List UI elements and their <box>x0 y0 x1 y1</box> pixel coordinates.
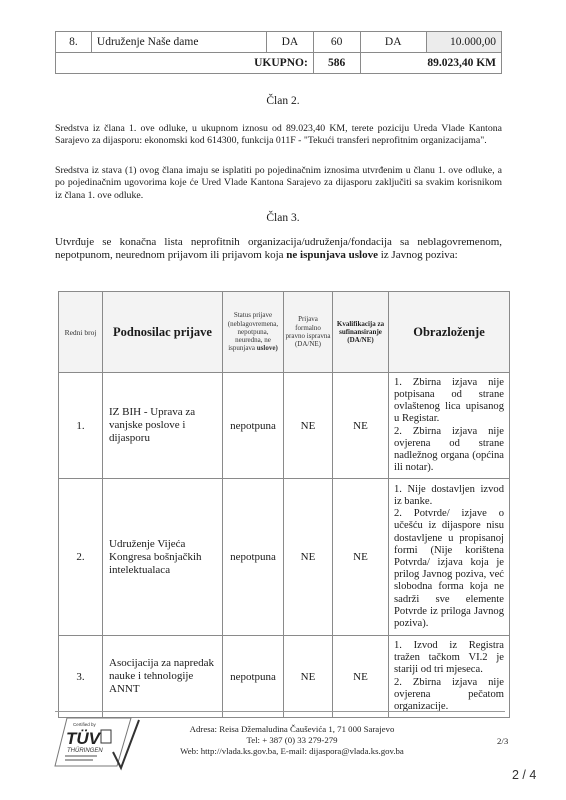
svg-text:TÜV: TÜV <box>66 729 102 748</box>
formal-validity: NE <box>284 373 333 479</box>
qualified-status: DA <box>360 32 426 53</box>
header-formal: Prijava formalno pravno ispravna (DA/NE) <box>284 292 333 373</box>
qualification: NE <box>333 479 389 636</box>
header-qualification: Kvalifikacija za sufinansiranje (DA/NE) <box>333 292 389 373</box>
row-number: 3. <box>59 636 103 718</box>
row-number: 1. <box>59 373 103 479</box>
explanation: 1. Izvod iz Registra tražen tačkom VI.2 … <box>389 636 510 718</box>
article-2-paragraph-2: Sredstva iz stava (1) ovog člana imaju s… <box>55 165 502 202</box>
application-status: nepotpuna <box>223 479 284 636</box>
document-page: 8. Udruženje Naše dame DA 60 DA 10.000,0… <box>0 0 566 800</box>
article-2-paragraph-1: Sredstva iz člana 1. ove odluke, u ukupn… <box>55 123 502 148</box>
applicant-name: Asocijacija za napredak nauke i tehnolog… <box>103 636 223 718</box>
rejected-applications-table: Redni broj Podnosilac prijave Status pri… <box>58 291 510 718</box>
header-applicant: Podnosilac prijave <box>103 292 223 373</box>
footer-divider <box>55 711 505 712</box>
checkmark-icon: Certified by TÜV THÜRINGEN <box>53 716 141 772</box>
explanation-item: 1. Izvod iz Registra tražen tačkom VI.2 … <box>394 640 504 677</box>
tuv-certification-logo: Certified by TÜV THÜRINGEN <box>53 716 141 772</box>
header-number: Redni broj <box>59 292 103 373</box>
intro-bold-text: ne ispunjava uslove <box>286 249 378 261</box>
total-amount: 89.023,40 KM <box>360 53 501 74</box>
organization-name: Udruženje Naše dame <box>91 32 266 53</box>
table-row: 3. Asocijacija za napredak nauke i tehno… <box>59 636 510 718</box>
explanation: 1. Zbirna izjava nije potpisana od stran… <box>389 373 510 479</box>
application-status: nepotpuna <box>223 636 284 718</box>
applicant-name: IZ BIH - Uprava za vanjske poslove i dij… <box>103 373 223 479</box>
points: 60 <box>313 32 360 53</box>
explanation: 1. Nije dostavljen izvod iz banke. 2. Po… <box>389 479 510 636</box>
viewer-page-indicator: 2 / 4 <box>512 768 536 782</box>
formal-status: DA <box>267 32 314 53</box>
header-status-bold: uslove) <box>257 344 278 352</box>
total-points: 586 <box>313 53 360 74</box>
summary-table: 8. Udruženje Naše dame DA 60 DA 10.000,0… <box>55 31 502 74</box>
qualification: NE <box>333 373 389 479</box>
header-explanation: Obrazloženje <box>389 292 510 373</box>
article-3-intro: Utvrđuje se konačna lista neprofitnih or… <box>55 236 502 263</box>
footer-web-email: Web: http://vlada.ks.gov.ba, E-mail: dij… <box>142 746 442 757</box>
header-status: Status prijave (neblagovremena, nepotpun… <box>223 292 284 373</box>
table-row: 8. Udruženje Naše dame DA 60 DA 10.000,0… <box>56 32 502 53</box>
explanation-item: 2. Zbirna izjava nije ovjerena pečatom o… <box>394 677 504 714</box>
row-number: 2. <box>59 479 103 636</box>
explanation-item: 1. Zbirna izjava nije potpisana od stran… <box>394 377 504 426</box>
footer-contact: Adresa: Reisa Džemaludina Čauševića 1, 7… <box>142 724 442 757</box>
table-row: 1. IZ BIH - Uprava za vanjske poslove i … <box>59 373 510 479</box>
formal-validity: NE <box>284 479 333 636</box>
footer-phone: Tel: + 387 (0) 33 279-279 <box>142 735 442 746</box>
intro-text-end: iz Javnog poziva: <box>378 249 458 261</box>
svg-text:THÜRINGEN: THÜRINGEN <box>67 747 103 754</box>
table-header-row: Redni broj Podnosilac prijave Status pri… <box>59 292 510 373</box>
explanation-item: 2. Zbirna izjava nije ovjerena od strane… <box>394 426 504 475</box>
qualification: NE <box>333 636 389 718</box>
applicant-name: Udruženje Vijeća Kongresa bošnjačkih int… <box>103 479 223 636</box>
explanation-item: 1. Nije dostavljen izvod iz banke. <box>394 484 504 508</box>
article-2-heading: Član 2. <box>0 95 566 107</box>
row-number: 8. <box>56 32 92 53</box>
total-row: UKUPNO: 586 89.023,40 KM <box>56 53 502 74</box>
amount: 10.000,00 <box>426 32 501 53</box>
article-3-heading: Član 3. <box>0 212 566 224</box>
table-row: 2. Udruženje Vijeća Kongresa bošnjačkih … <box>59 479 510 636</box>
svg-text:Certified by: Certified by <box>73 722 97 727</box>
footer-address: Adresa: Reisa Džemaludina Čauševića 1, 7… <box>142 724 442 735</box>
application-status: nepotpuna <box>223 373 284 479</box>
document-page-number: 2/3 <box>497 736 508 746</box>
formal-validity: NE <box>284 636 333 718</box>
total-label: UKUPNO: <box>56 53 314 74</box>
explanation-item: 2. Potvrde/ izjave o učešću iz dijaspore… <box>394 508 504 630</box>
